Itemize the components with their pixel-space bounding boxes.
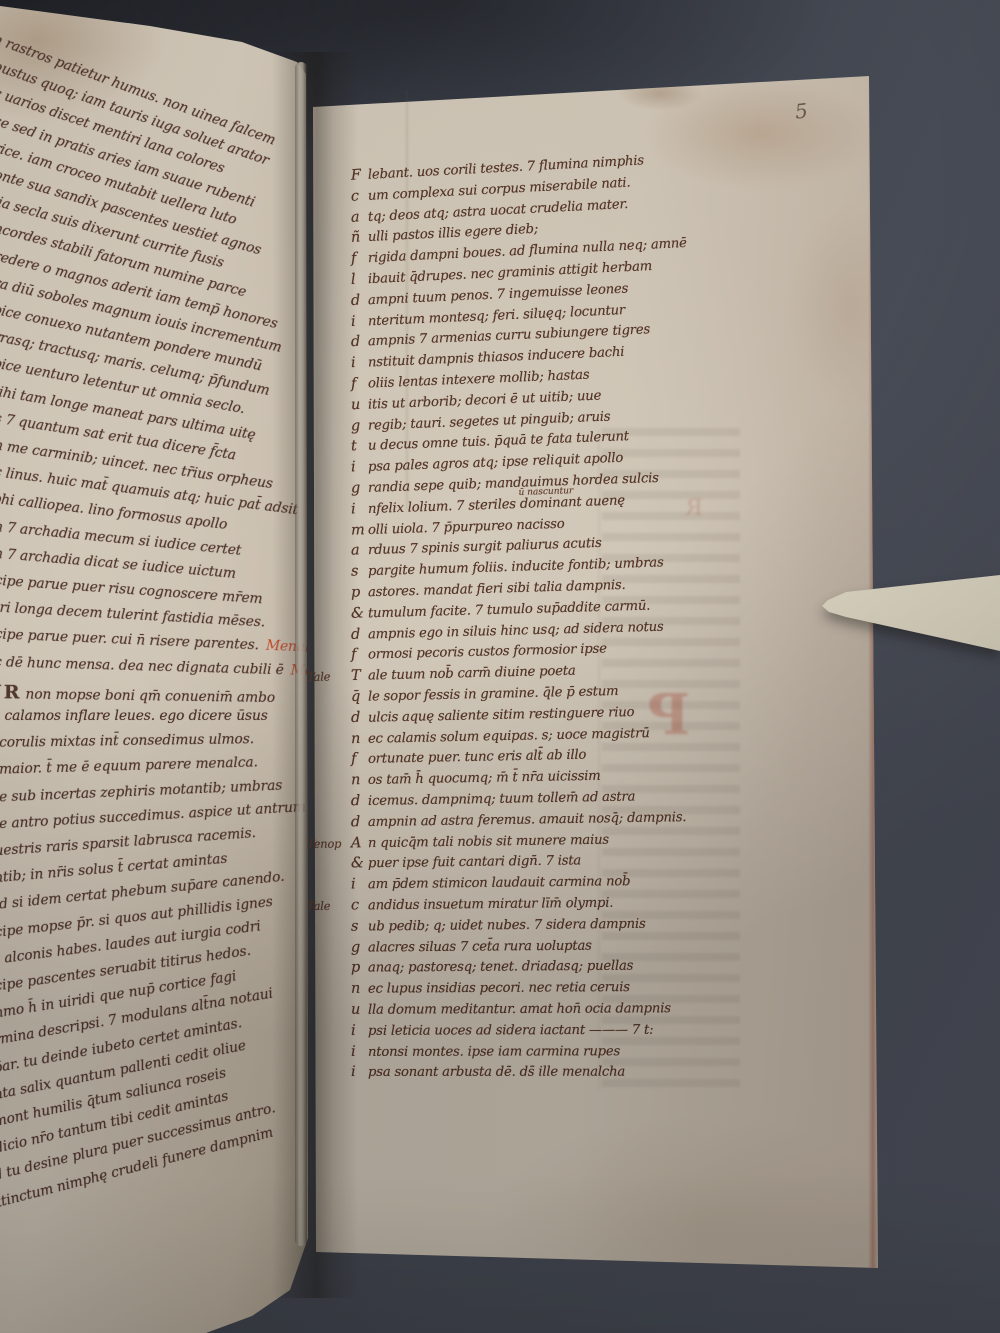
margin-spacer (307, 367, 351, 369)
verse-text: tu calamos inflare leues. ego dicere ūsu… (0, 708, 268, 724)
margin-spacer (307, 472, 351, 474)
margin-spacer (307, 889, 351, 890)
verse-initial: c (351, 188, 369, 205)
verse-initial: i (351, 876, 368, 892)
verse-initial: s (351, 563, 368, 580)
verse-text: ub pedib; q; uidet nubes. 7 sidera dampn… (368, 917, 646, 935)
verse-initial: f (351, 250, 369, 267)
verse-initial: u (351, 396, 369, 413)
verse-text: ec lupus insidias pecori. nec retia ceru… (368, 980, 630, 997)
verse-initial: d (351, 626, 368, 642)
verse-initial: i (351, 459, 369, 476)
manuscript-line: panaq; pastoresq; tenet. driadasq; puell… (307, 958, 633, 976)
margin-spacer (307, 618, 351, 619)
verse-initial: A (351, 835, 368, 851)
verse-initial: t (351, 438, 369, 455)
verse-initial: i (351, 355, 369, 372)
verse-text: u maior. t̄ me ē equum parere menalca. (0, 755, 258, 779)
manuscript-line: intonsi montes. ipse iam carmina rupes (307, 1043, 620, 1060)
margin-spacer (307, 180, 351, 182)
verse-initial: s (351, 918, 368, 934)
verse-initial: a (351, 542, 368, 559)
margin-spacer (307, 201, 351, 203)
verse-text: alacres siluas 7 cet̄a rura uoluptas (368, 938, 592, 955)
verse-initial: i (351, 1043, 368, 1059)
verse-text: iue antro potius succedimus. aspice ut a… (0, 799, 306, 833)
margin-spacer (307, 305, 351, 307)
verse-initial: g (351, 939, 368, 955)
margin-spacer (307, 513, 351, 514)
manuscript-line: ipsa sonant arbusta dē. ds̄ ille menalch… (307, 1064, 625, 1080)
verse-initial: T (351, 668, 368, 684)
manuscript-line: iue sub incertas zephiris motantib; umbr… (0, 777, 283, 805)
verse-initial: n (351, 772, 368, 788)
verse-initial: g (351, 480, 369, 497)
margin-spacer (307, 784, 351, 785)
verse-initial: i (351, 501, 369, 518)
margin-spacer (307, 743, 351, 744)
verse-text: ncipe parue puer. cui n̄ risere parentes… (0, 626, 259, 653)
margin-spacer (307, 534, 351, 535)
verse-initial: l (351, 271, 369, 288)
folio-number: 5 (794, 98, 810, 123)
margin-spacer (307, 242, 351, 244)
verse-initial: d (351, 292, 369, 309)
manuscript-photo: on rastros patietur humus. non uinea fal… (0, 0, 1000, 1333)
margin-spacer (307, 722, 351, 723)
verse-initial: ñ (351, 229, 369, 246)
margin-spacer (307, 430, 351, 432)
verse-initial: a (351, 209, 369, 226)
margin-spacer (307, 492, 351, 494)
verse-initial: i (351, 1064, 368, 1080)
verse-initial: F (351, 167, 369, 184)
margin-spacer (307, 346, 351, 348)
margin-spacer (307, 659, 351, 660)
verse-initial: i (351, 313, 369, 330)
verse-initial: d (351, 334, 369, 351)
margin-spacer (307, 576, 351, 577)
margin-spacer (307, 284, 351, 286)
manuscript-line: nec lupus insidias pecori. nec retia cer… (307, 979, 630, 997)
margin-spacer (307, 263, 351, 265)
margin-spacer (307, 451, 351, 453)
verse-initial: d (351, 793, 368, 809)
verse-initial: & (351, 856, 368, 872)
manuscript-line: u maior. t̄ me ē equum parere menalca. (0, 755, 258, 779)
manuscript-line: Talecandidus insuetum miratur līm̄ olymp… (307, 895, 613, 914)
manuscript-line: ulla domum meditantur. amat hon̄ ocia da… (307, 1000, 671, 1018)
speaker-margin-note: Tale (307, 669, 351, 684)
speaker-margin-note: Tale (307, 899, 351, 913)
manuscript-line: CVRnon mopse boni qm̄ conuenim̄ ambo (0, 681, 275, 707)
margin-spacer (307, 555, 351, 556)
verse-initial: g (351, 417, 369, 434)
margin-spacer (307, 638, 351, 639)
manuscript-line: tu calamos inflare leues. ego dicere ūsu… (0, 708, 268, 724)
manuscript-line: galacres siluas 7 cet̄a rura uoluptas (307, 937, 592, 955)
verse-text: ec dē hunc mensa. dea nec dignata cubili… (0, 654, 284, 678)
speaker-margin-note: Tenop (307, 836, 351, 851)
verse-initial: f (351, 751, 368, 767)
verse-text: n quicq̄m tali nobis sit munere maius (368, 832, 609, 850)
margin-spacer (307, 868, 351, 869)
margin-spacer (307, 764, 351, 765)
manuscript-line: iue antro potius succedimus. aspice ut a… (0, 799, 306, 833)
verse-initial: & (351, 605, 368, 621)
margin-spacer (307, 701, 351, 702)
margin-spacer (307, 409, 351, 411)
verse-text: ntonsi montes. ipse iam carmina rupes (368, 1044, 620, 1060)
interlinear-gloss: ū nascuntur (518, 486, 573, 498)
ink-showthrough (602, 428, 740, 1096)
verse-initial: d (351, 709, 368, 725)
showthrough-red-initial: P (648, 682, 690, 748)
verse-text: h̄ corulis mixtas int̄ consedimus ulmos. (0, 731, 254, 751)
verse-initial: n (351, 730, 368, 746)
verse-initial: f (351, 376, 369, 393)
verse-initial: p (351, 960, 368, 976)
margin-spacer (307, 805, 351, 806)
verse-initial: n (351, 981, 368, 997)
margin-spacer (307, 597, 351, 598)
verse-initial: f (351, 647, 368, 663)
verse-initial: p (351, 584, 368, 600)
showthrough-red-mark: R (686, 496, 703, 521)
verse-text: psi leticia uoces ad sidera iactant ——— … (368, 1023, 653, 1039)
verse-text: andidus insuetum miratur līm̄ olympi. (368, 896, 613, 914)
margin-spacer (307, 388, 351, 390)
margin-spacer (307, 826, 351, 827)
left-page: on rastros patietur humus. non uinea fal… (0, 0, 320, 1333)
incipit-capitals: VR (0, 681, 23, 704)
manuscript-line: ncipe parue puer. cui n̄ risere parentes… (0, 626, 337, 657)
verse-text: anaq; pastoresq; tenet. driadasq; puella… (368, 959, 633, 976)
verse-initial: d (351, 814, 368, 830)
manuscript-line: ec dē hunc mensa. dea nec dignata cubili… (0, 654, 333, 680)
margin-spacer (307, 221, 351, 223)
verse-initial: m (351, 522, 369, 539)
manuscript-line: h̄ corulis mixtas int̄ consedimus ulmos. (0, 731, 254, 751)
margin-spacer (307, 326, 351, 328)
verse-text: psa sonant arbusta dē. ds̄ ille menalcha (368, 1065, 625, 1080)
verse-text: non mopse boni qm̄ conuenim̄ ambo (25, 686, 275, 705)
verse-text: lla domum meditantur. amat hon̄ ocia dam… (368, 1001, 671, 1017)
verse-initial: q̄ (351, 689, 368, 705)
verse-text: iue sub incertas zephiris motantib; umbr… (0, 777, 283, 805)
verse-initial: i (351, 1023, 368, 1039)
manuscript-line: ipsi leticia uoces ad sidera iactant ———… (307, 1022, 653, 1039)
verse-initial: u (351, 1002, 368, 1018)
manuscript-line: sub pedib; q; uidet nubes. 7 sidera damp… (307, 916, 646, 935)
verse-initial: c (351, 897, 368, 913)
